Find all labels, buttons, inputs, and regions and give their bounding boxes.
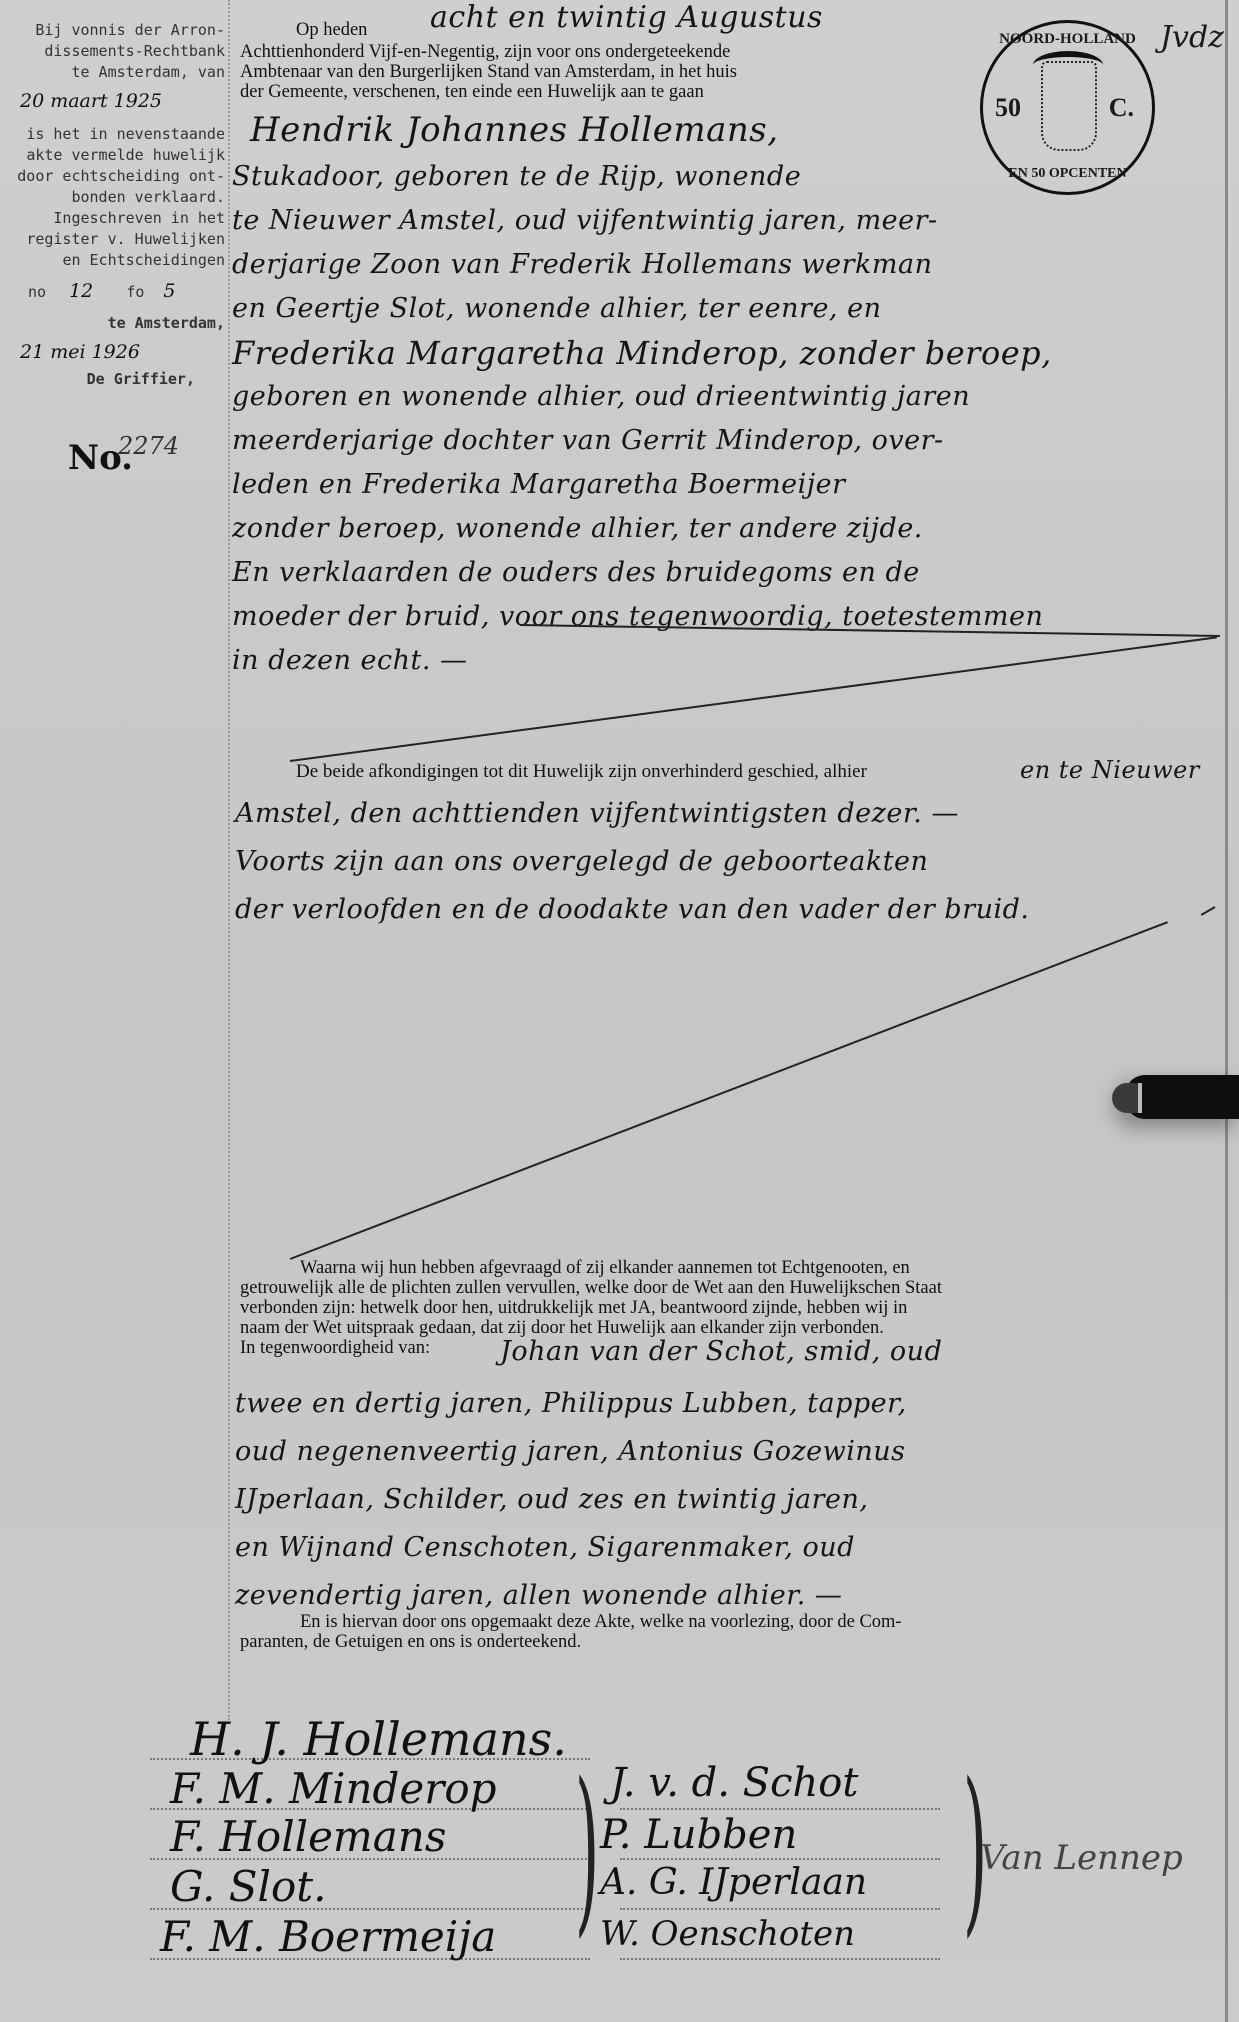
groom-name: Hendrik Johannes Hollemans, — [250, 108, 779, 152]
parties-line: Stukadoor, geboren te de Rijp, wonende — [232, 155, 801, 199]
folio-label: fo — [102, 283, 144, 301]
proclamation-place: en te Nieuwer — [1020, 748, 1200, 792]
ceremony-line: Waarna wij hun hebben afgevraagd of zij … — [240, 1258, 1140, 1278]
margin-divider — [228, 0, 230, 1720]
signature-witness: P. Lubben — [600, 1812, 797, 1858]
proclamation-line: der verloofden en de doodakte van den va… — [235, 888, 1030, 932]
stamp-surcharge: EN 50 OPCENTEN — [983, 166, 1152, 182]
signature-groom-father: F. Hollemans — [170, 1812, 446, 1861]
signature-official: Van Lennep — [980, 1838, 1183, 1878]
header-printed: Achttienhonderd Vijf-en-Negentig, zijn v… — [240, 42, 940, 102]
margin-line: Ingeschreven in het — [0, 208, 225, 229]
witness-line: IJperlaan, Schilder, oud zes en twintig … — [235, 1478, 868, 1522]
ceremony-line: getrouwelijk alle de plichten zullen ver… — [240, 1278, 1140, 1298]
opening-text: Op heden — [296, 20, 367, 40]
signature-bride: F. M. Minderop — [170, 1764, 496, 1813]
corner-initials: Jvdz — [1160, 20, 1224, 55]
margin-line: is het in nevenstaande — [0, 124, 225, 145]
parties-line: geboren en wonende alhier, oud drieentwi… — [232, 375, 970, 419]
signature-witness: A. G. IJperlaan — [600, 1862, 867, 1903]
witness-line: Johan van der Schot, smid, oud — [500, 1330, 942, 1374]
margin-line: register v. Huwelijken — [0, 229, 225, 250]
margin-line: en Echtscheidingen — [0, 250, 225, 271]
header-line: der Gemeente, verschenen, ten einde een … — [240, 82, 940, 102]
margin-line: Bij vonnis der Arron- — [0, 20, 225, 41]
fountain-pen — [1125, 1075, 1239, 1119]
divorce-margin-note: Bij vonnis der Arron- dissements-Rechtba… — [0, 20, 225, 390]
strike-line — [290, 921, 1168, 1260]
proclamation-printed: De beide afkondigingen tot dit Huwelijk … — [296, 762, 867, 782]
margin-place: te Amsterdam, — [0, 313, 225, 334]
header-line: Achttienhonderd Vijf-en-Negentig, zijn v… — [240, 42, 940, 62]
parties-line: En verklaarden de ouders des bruidegoms … — [232, 551, 920, 595]
stamp-value: 50 — [995, 93, 1021, 123]
marriage-date-handwritten: acht en twintig Augustus — [430, 0, 823, 40]
parties-line: meerderjarige dochter van Gerrit Mindero… — [232, 419, 944, 463]
register-no-label: no — [28, 283, 46, 301]
parties-line: moeder der bruid, voor ons tegenwoordig,… — [232, 595, 1043, 639]
margin-line: akte vermelde huwelijk — [0, 145, 225, 166]
certificate-number: 2274 — [118, 432, 179, 460]
witness-line: oud negenenveertig jaren, Antonius Gozew… — [235, 1430, 906, 1474]
proclamation-line: Voorts zijn aan ons overgelegd de geboor… — [235, 840, 928, 884]
header-line: Ambtenaar van den Burgerlijken Stand van… — [240, 62, 940, 82]
signature-groom-mother: G. Slot. — [170, 1862, 326, 1911]
signature-witness: W. Oenschoten — [600, 1914, 855, 1954]
proclamation-line: Amstel, den achttienden vijfentwintigste… — [235, 792, 959, 836]
closing-line: En is hiervan door ons opgemaakt deze Ak… — [240, 1612, 1140, 1632]
witness-line: twee en dertig jaren, Philippus Lubben, … — [235, 1382, 907, 1426]
parties-line: derjarige Zoon van Frederik Hollemans we… — [232, 243, 932, 287]
pen-cap — [1112, 1083, 1142, 1113]
revenue-stamp: NOORD-HOLLAND 50 C. EN 50 OPCENTEN — [980, 20, 1155, 195]
signature-rule — [620, 1958, 940, 1960]
ceremony-line: verbonden zijn: hetwelk door hen, uitdru… — [240, 1298, 1140, 1318]
parties-line: in dezen echt. — — [232, 639, 468, 683]
signature-rule — [620, 1908, 940, 1910]
signature-bride-mother: F. M. Boermeija — [160, 1912, 496, 1961]
strike-line — [1201, 906, 1216, 916]
stamp-unit: C. — [1109, 93, 1134, 123]
signature-rule — [620, 1808, 940, 1810]
signature-groom: H. J. Hollemans. — [190, 1712, 567, 1766]
parties-line: en Geertje Slot, wonende alhier, ter een… — [232, 287, 881, 331]
register-number-row: no 12 fo 5 — [0, 281, 225, 303]
margin-line: dissements-Rechtbank — [0, 41, 225, 62]
closing-line: paranten, de Getuigen en ons is ondertee… — [240, 1632, 1140, 1652]
parties-line: leden en Frederika Margaretha Boermeijer — [232, 463, 846, 507]
lion-crest-icon — [1041, 61, 1097, 151]
signature-witness: J. v. d. Schot — [610, 1760, 858, 1806]
closing-printed: En is hiervan door ons opgemaakt deze Ak… — [240, 1612, 1140, 1652]
witness-line: en Wijnand Censchoten, Sigarenmaker, oud — [235, 1526, 855, 1570]
bracket-parties: ) — [575, 1760, 600, 1940]
griffier-label: De Griffier, — [0, 369, 225, 390]
parties-line: zonder beroep, wonende alhier, ter ander… — [232, 507, 923, 551]
divorce-judgment-date: 20 maart 1925 — [0, 91, 225, 112]
margin-line: bonden verklaard. — [0, 187, 225, 208]
stamp-province: NOORD-HOLLAND — [983, 31, 1152, 48]
register-no: 12 — [55, 280, 93, 302]
bride-name: Frederika Margaretha Minderop, zonder be… — [232, 331, 1052, 375]
folio-number: 5 — [153, 280, 175, 302]
margin-line: door echtscheiding ont- — [0, 166, 225, 187]
margin-line: te Amsterdam, van — [0, 62, 225, 83]
signature-rule — [620, 1858, 940, 1860]
marriage-certificate-page: Bij vonnis der Arron- dissements-Rechtba… — [0, 0, 1239, 2022]
page-edge — [1225, 0, 1228, 2022]
parties-line: te Nieuwer Amstel, oud vijfentwintig jar… — [232, 199, 938, 243]
registration-date: 21 mei 1926 — [0, 342, 225, 363]
